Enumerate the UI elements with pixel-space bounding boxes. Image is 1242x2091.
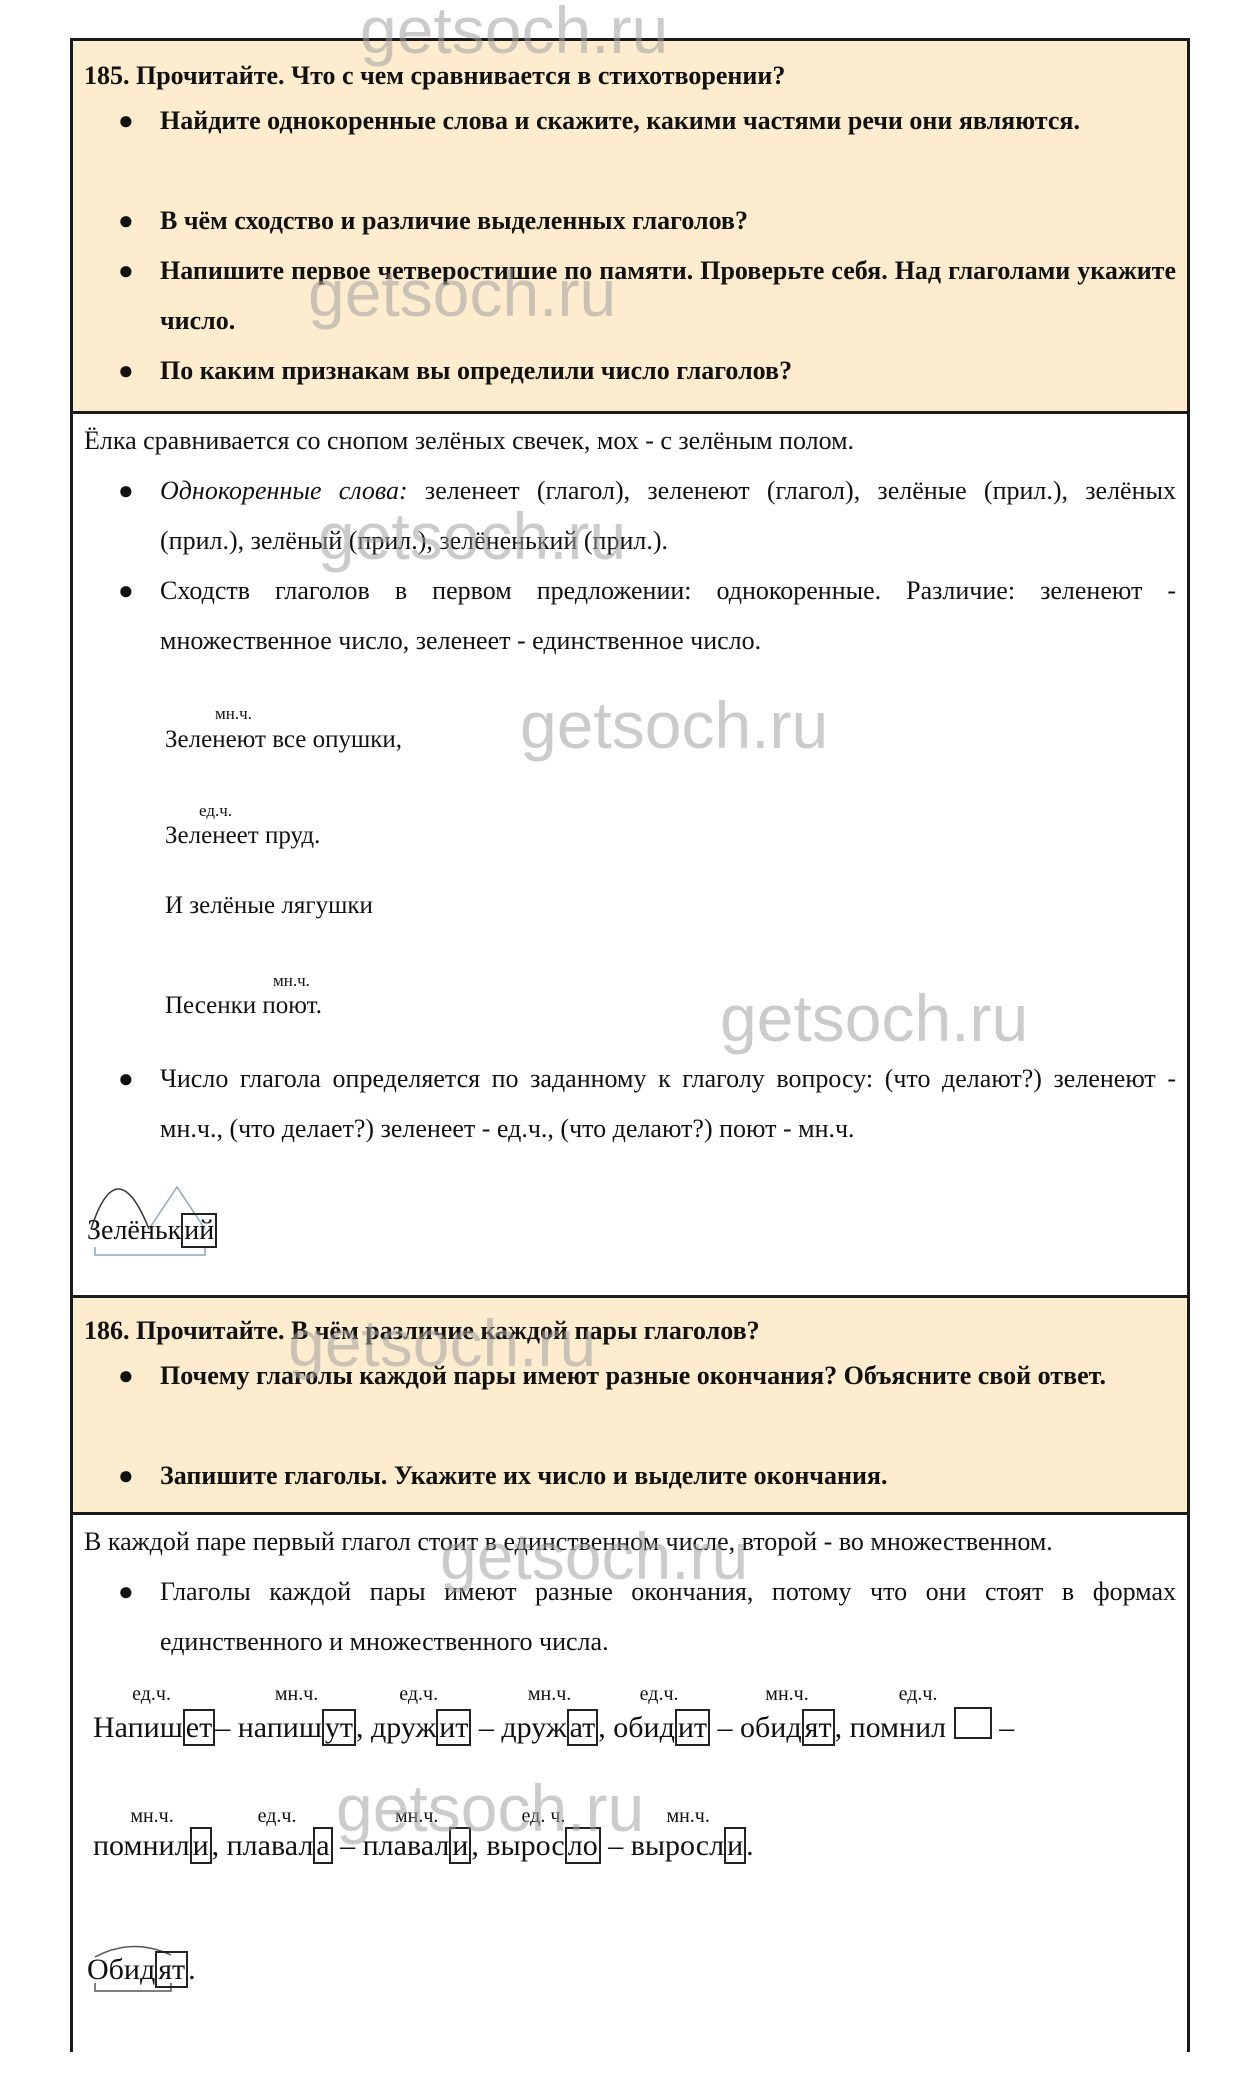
bullet-icon: ● [118,246,142,296]
number-label: мн.ч. [528,1683,571,1706]
task-bullet: ● В чём сходство и различие выделенных г… [118,196,1176,246]
number-label: мн.ч. [275,1683,318,1706]
verb-form: дружит [371,1709,471,1746]
number-label: ед.ч. [899,1683,938,1706]
ending-box: ит [436,1709,471,1746]
task-bullet: ● Напишите первое четверостишие по памят… [118,246,1176,346]
verb-form: выросло [486,1827,600,1864]
number-label: мн.ч. [273,971,310,991]
answer-bullet: ● Глаголы каждой пары имеют разные оконч… [118,1567,1176,1667]
answer-bullet: ● Однокоренные слова: зеленеет (глагол),… [118,466,1176,566]
number-label: мн.ч. [765,1683,808,1706]
answer-intro: В каждой паре первый глагол стоит в един… [84,1527,1053,1557]
bullet-icon: ● [118,196,142,246]
exercise-185-task: 185. Прочитайте. Что с чем сравнивается … [73,41,1187,414]
ending-box: ат [567,1709,599,1746]
verb-pairs-row-1: Напишет– напишут, дружит – дружат, обиди… [93,1707,1014,1745]
verb-form: помнил [850,1711,992,1744]
number-label: мн.ч. [130,1805,173,1828]
verb-form: помнили [93,1827,212,1864]
poem-line: И зелёные лягушки [165,892,373,920]
poem-line: Зеленеют все опушки, [165,726,402,754]
verb-pairs-row-2: помнили, плавала – плавали, выросло – вы… [93,1829,754,1863]
verb-form: выросли [631,1827,746,1864]
ending-box: и [724,1827,746,1864]
exercise-frame: 185. Прочитайте. Что с чем сравнивается … [70,38,1190,2052]
task-bullet: ● Почему глаголы каждой пары имеют разны… [118,1351,1176,1401]
verb-form: Напишет [93,1709,215,1746]
morpheme-marks-icon [87,1159,267,1269]
number-label: ед.ч. [199,801,232,821]
task-bullet: ● По каким признакам вы определили число… [118,346,1176,396]
ending-box [954,1707,992,1739]
number-label: ед.ч. [132,1683,171,1706]
ending-box: и [190,1827,212,1864]
answer-bullet: ● Число глагола определяется по заданном… [118,1054,1176,1154]
poem-line: Зеленеет пруд. [165,822,320,850]
ending-box: а [313,1827,332,1864]
number-label: мн.ч. [395,1805,438,1828]
number-label: ед.ч. [399,1683,438,1706]
task-bullet: ● Найдите однокоренные слова и скажите, … [118,96,1176,146]
number-label: ед.ч. [640,1683,679,1706]
bullet-icon: ● [118,346,142,396]
number-label: ед. ч. [522,1805,566,1828]
ending-box: ло [565,1827,601,1864]
bullet-icon: ● [118,1451,142,1501]
ending-box: ят [155,1951,188,1988]
ending-box: и [449,1827,471,1864]
ending-box: ут [322,1709,356,1746]
verb-form: плавала [227,1827,333,1864]
verb-form: напишут [238,1709,356,1746]
number-label: мн.ч. [215,704,252,724]
number-label: мн.ч. [666,1805,709,1828]
bullet-icon: ● [118,566,142,616]
bullet-icon: ● [118,1567,142,1617]
verb-form: дружат [501,1709,598,1746]
ending-box: ит [675,1709,710,1746]
verb-form: плавали [363,1827,472,1864]
bullet-icon: ● [118,466,142,516]
exercise-185-answer: Ёлка сравнивается со снопом зелёных свеч… [73,414,1187,1295]
answer-bullet: ● Сходств глаголов в первом предложении:… [118,566,1176,666]
morpheme-parse-zelenenkiy: Зелёнький [87,1159,267,1269]
verb-form: обидит [613,1709,710,1746]
exercise-186-answer: В каждой паре первый глагол стоит в един… [73,1515,1187,2052]
poem-line: Песенки поют. [165,992,322,1020]
answer-intro: Ёлка сравнивается со снопом зелёных свеч… [84,426,854,456]
ending-box: ет [183,1709,215,1746]
bullet-icon: ● [118,1054,142,1104]
bullet-icon: ● [118,96,142,146]
verb-form: обидят [740,1709,835,1746]
ending-box: ий [181,1213,217,1248]
bullet-icon: ● [118,1351,142,1401]
ending-box: ят [802,1709,835,1746]
exercise-185-title: 185. Прочитайте. Что с чем сравнивается … [84,61,785,91]
task-bullet: ● Запишите глаголы. Укажите их число и в… [118,1451,1176,1501]
roots-label: Однокоренные слова: [160,476,408,505]
exercise-186-title: 186. Прочитайте. В чём различие каждой п… [84,1316,760,1346]
number-label: ед.ч. [258,1805,297,1828]
exercise-186-task: 186. Прочитайте. В чём различие каждой п… [73,1295,1187,1515]
morpheme-parse-obidyat: Обидят. [87,1935,247,2015]
